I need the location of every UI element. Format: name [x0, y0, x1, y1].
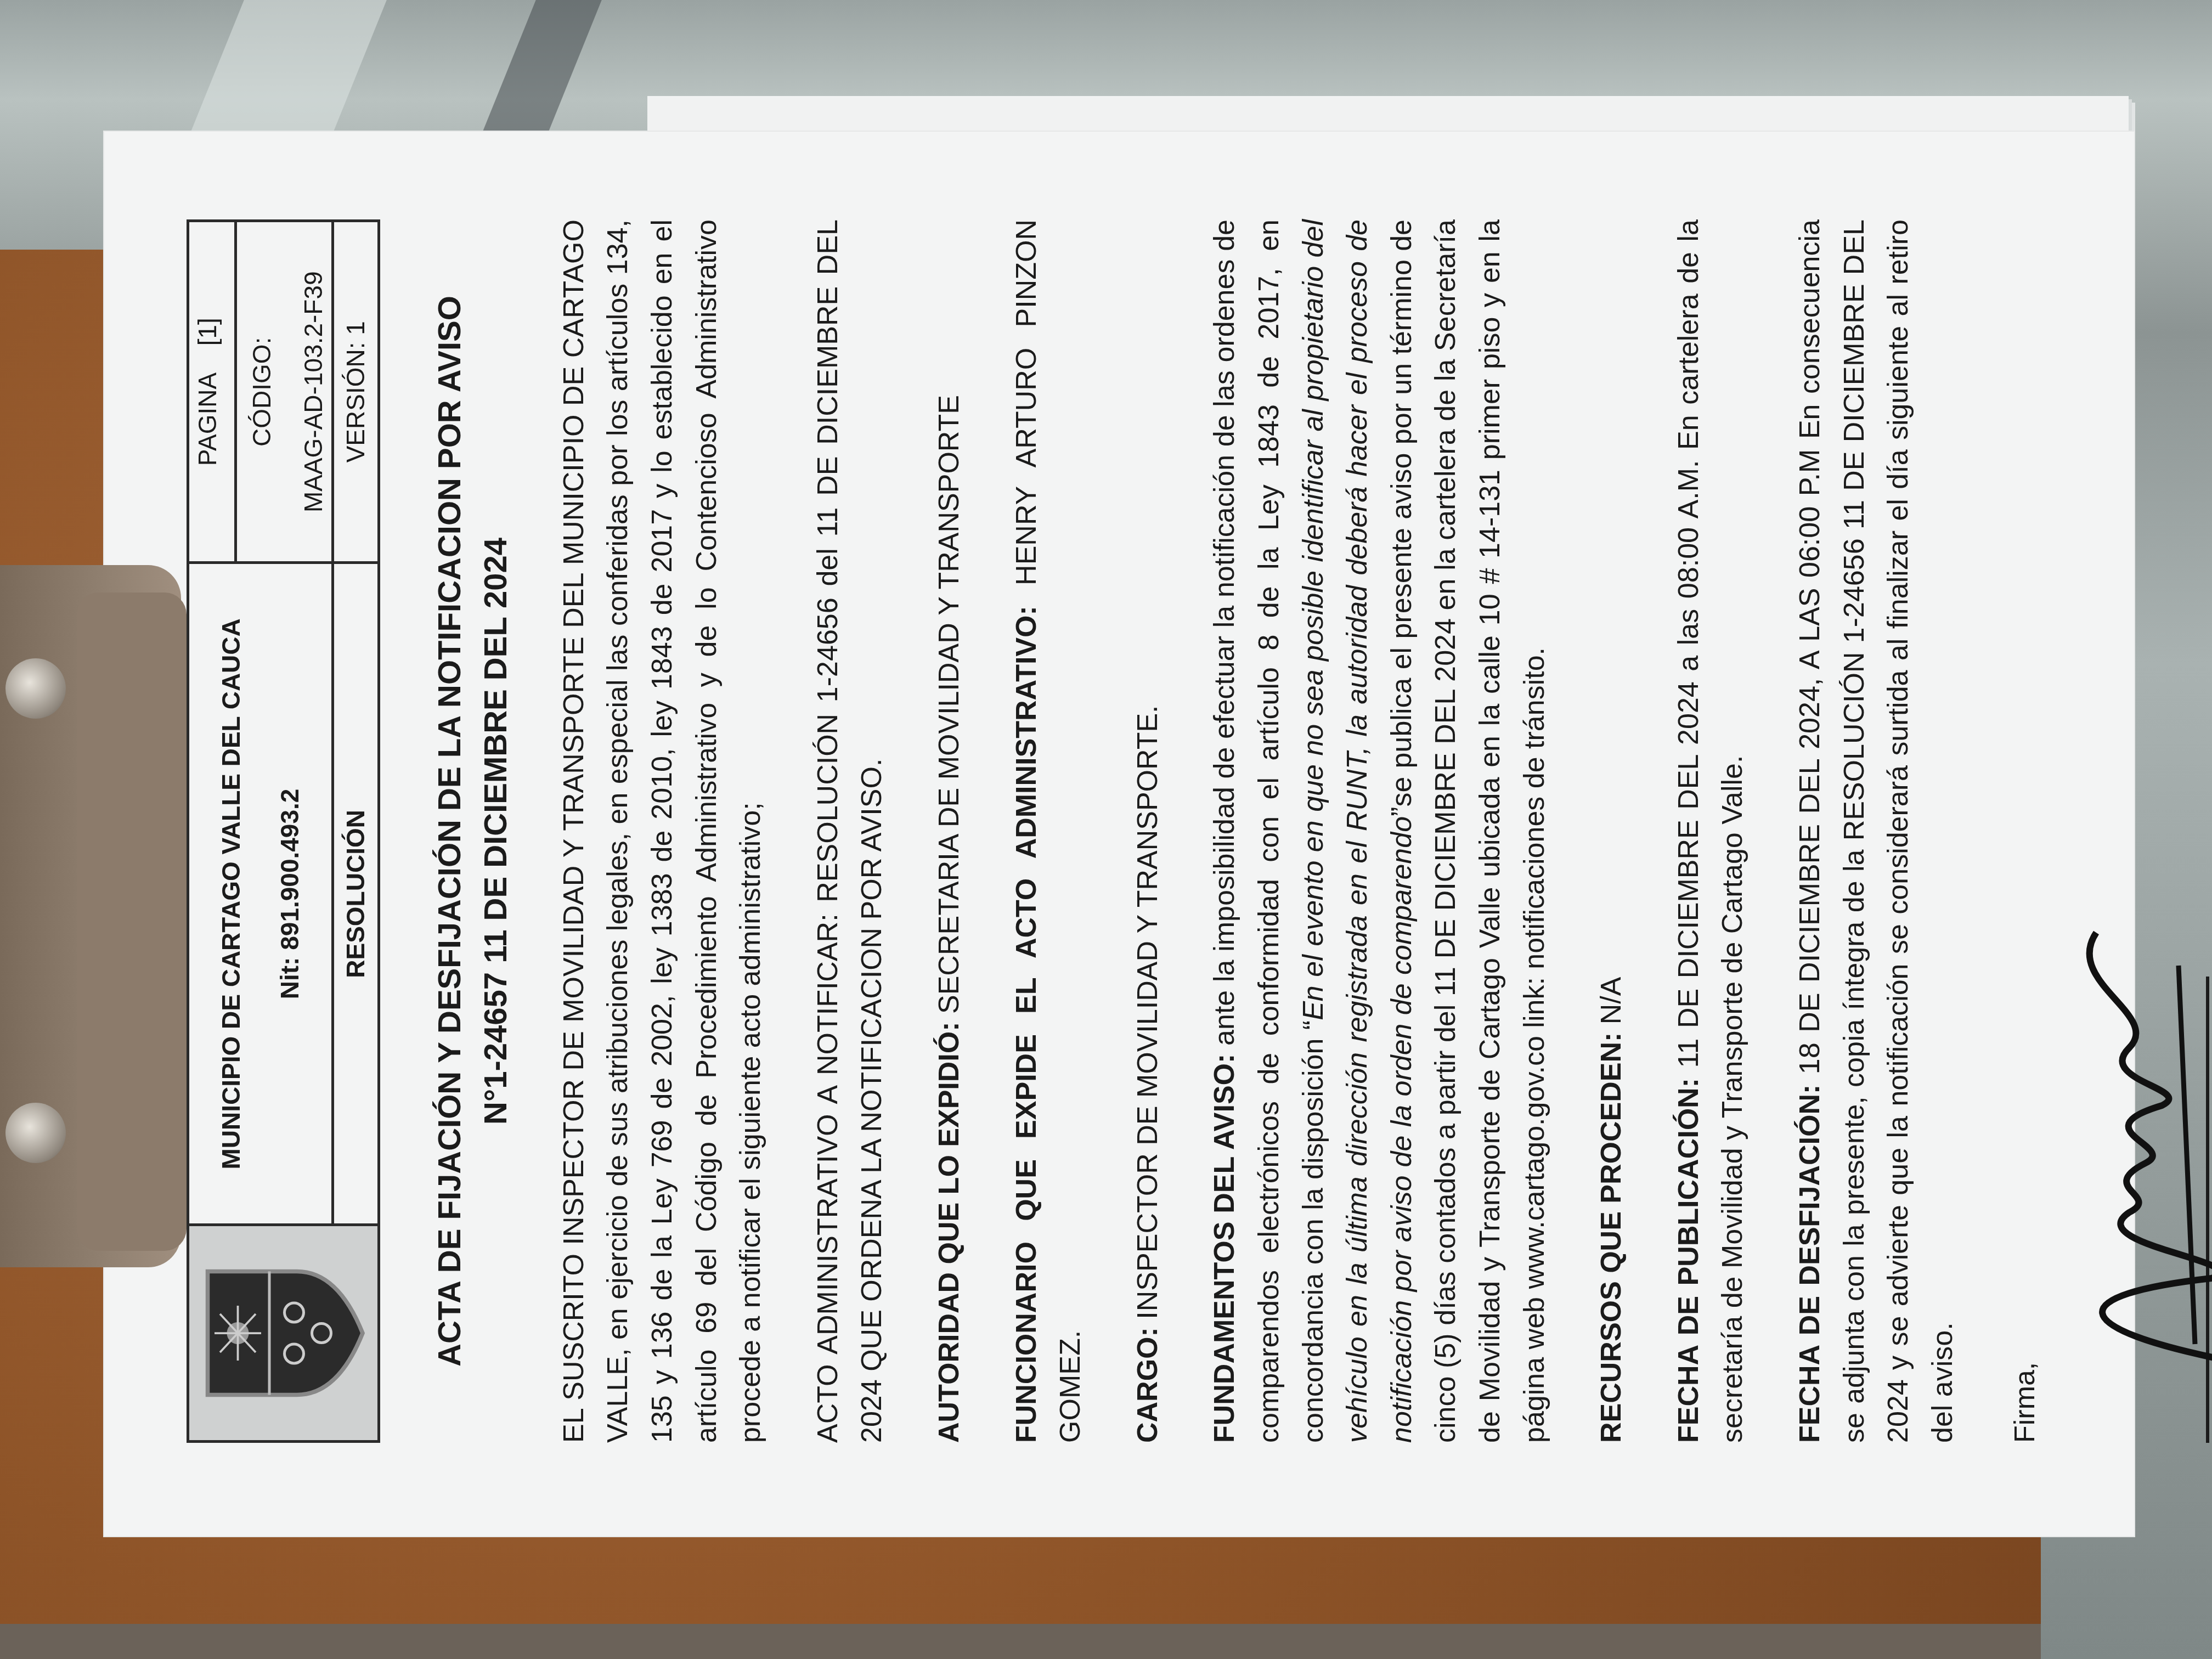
doc-type-cell: RESOLUCIÓN	[333, 563, 379, 1225]
title-line-2: N°1-24657 11 DE DICIEMBRE DEL 2024	[473, 219, 519, 1443]
page-indicator: PAGINA [1]	[193, 228, 222, 556]
document-page: MUNICIPIO DE CARTAGO VALLE DEL CAUCA Nit…	[104, 132, 2134, 1536]
municipality-name: MUNICIPIO DE CARTAGO VALLE DEL CAUCA	[213, 569, 250, 1218]
autoridad-value: SECRETARIA DE MOVILIDAD Y TRANSPORTE	[933, 395, 965, 1014]
signature-block: Firma, HENRY ARTURO PINZON GOMEZ INSPECT…	[2008, 219, 2212, 1443]
fundamentos-label: FUNDAMENTOS DEL AVISO:	[1209, 1054, 1240, 1443]
cargo-label: CARGO:	[1132, 1327, 1164, 1443]
page-number: [1]	[193, 318, 222, 346]
version-cell: VERSIÓN: 1	[333, 221, 379, 563]
municipality-cell: MUNICIPIO DE CARTAGO VALLE DEL CAUCA Nit…	[188, 563, 333, 1225]
nit-number: Nit: 891.900.493.2	[272, 569, 308, 1218]
desfijacion-paragraph: FECHA DE DESFIJACIÓN: 18 DE DICIEMBRE DE…	[1788, 219, 1965, 1443]
autoridad-label: AUTORIDAD QUE LO EXPIDIÓ:	[933, 1022, 965, 1443]
title-line-1: ACTA DE FIJACIÓN Y DESFIJACIÓN DE LA NOT…	[427, 219, 473, 1443]
document-page-wrapper: MUNICIPIO DE CARTAGO VALLE DEL CAUCA Nit…	[104, 132, 2134, 1536]
recursos-paragraph: RECURSOS QUE PROCEDEN: N/A	[1589, 219, 1634, 1443]
meta-cell: PAGINA [1] CÓDIGO: MAAG-AD-103.2-F39	[188, 221, 333, 563]
acto-paragraph: ACTO ADMINISTRATIVO A NOTIFICAR: RESOLUC…	[806, 219, 894, 1443]
intro-paragraph: EL SUSCRITO INSPECTOR DE MOVILIDAD Y TRA…	[552, 219, 773, 1443]
doc-type: RESOLUCIÓN	[341, 810, 370, 978]
autoridad-paragraph: AUTORIDAD QUE LO EXPIDIÓ: SECRETARIA DE …	[927, 219, 972, 1443]
handwritten-signature-icon	[2030, 900, 2212, 1393]
cargo-value: INSPECTOR DE MOVILIDAD Y TRANSPORTE.	[1132, 705, 1164, 1319]
document-title: ACTA DE FIJACIÓN Y DESFIJACIÓN DE LA NOT…	[427, 219, 519, 1443]
cargo-paragraph: CARGO: INSPECTOR DE MOVILIDAD Y TRANSPOR…	[1126, 219, 1170, 1443]
rivet-icon	[5, 1103, 66, 1163]
crest-cell	[188, 1225, 379, 1442]
coat-of-arms-icon	[201, 1262, 365, 1404]
page-label: PAGINA	[193, 374, 222, 466]
rivet-icon	[5, 658, 66, 719]
fundamentos-paragraph: FUNDAMENTOS DEL AVISO: ante la imposibil…	[1203, 219, 1556, 1443]
version: VERSIÓN: 1	[341, 321, 370, 462]
desfijacion-label: FECHA DE DESFIJACIÓN:	[1794, 1085, 1826, 1443]
publicacion-paragraph: FECHA DE PUBLICACIÓN: 11 DE DICIEMBRE DE…	[1667, 219, 1755, 1443]
recursos-label: RECURSOS QUE PROCEDEN:	[1595, 1032, 1627, 1443]
clipboard-clip-lever	[77, 592, 187, 1251]
recursos-value: N/A	[1595, 977, 1627, 1025]
code-label: CÓDIGO:	[247, 228, 276, 556]
funcionario-paragraph: FUNCIONARIO QUE EXPIDE EL ACTO ADMINISTR…	[1005, 219, 1093, 1443]
document-header: MUNICIPIO DE CARTAGO VALLE DEL CAUCA Nit…	[187, 219, 380, 1443]
clipboard-edge	[0, 1624, 2041, 1659]
publicacion-label: FECHA DE PUBLICACIÓN:	[1673, 1078, 1705, 1443]
code-value: MAAG-AD-103.2-F39	[298, 228, 328, 556]
funcionario-label: FUNCIONARIO QUE EXPIDE EL ACTO ADMINISTR…	[1011, 606, 1042, 1443]
